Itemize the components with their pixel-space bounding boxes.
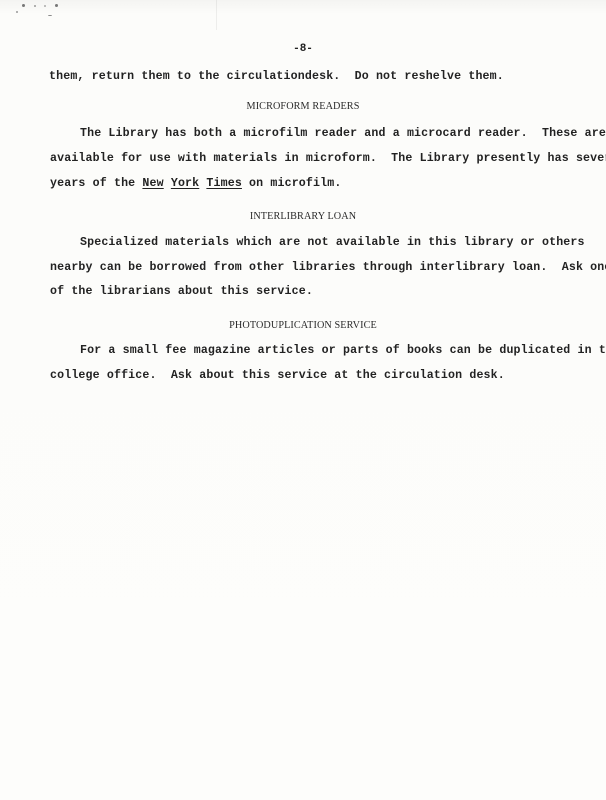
underlined-title-word: New bbox=[142, 177, 163, 190]
paragraph-line: nearby can be borrowed from other librar… bbox=[50, 261, 606, 274]
section-heading-interlibrary-loan: INTERLIBRARY LOAN bbox=[0, 211, 606, 222]
paragraph-line: The Library has both a microfilm reader … bbox=[80, 127, 606, 140]
paper-specks bbox=[14, 2, 64, 20]
page-number: -8- bbox=[0, 43, 606, 55]
paragraph-line: Specialized materials which are not avai… bbox=[80, 236, 585, 249]
section-heading-photoduplication-service: PHOTODUPLICATION SERVICE bbox=[0, 320, 606, 331]
paper-crease bbox=[216, 0, 217, 30]
paragraph-line: For a small fee magazine articles or par… bbox=[80, 344, 606, 357]
document-page: -8- them, return them to the circulation… bbox=[0, 0, 606, 800]
underlined-title-word: Times bbox=[206, 177, 242, 190]
paragraph-line: college office. Ask about this service a… bbox=[50, 369, 505, 382]
paragraph-line: available for use with materials in micr… bbox=[50, 152, 606, 165]
continuation-line: them, return them to the circulationdesk… bbox=[49, 70, 504, 83]
section-heading-microform-readers: MICROFORM READERS bbox=[0, 101, 606, 112]
text-fragment: on microfilm. bbox=[242, 177, 342, 190]
text-fragment: years of the bbox=[50, 177, 142, 190]
underlined-title-word: York bbox=[171, 177, 199, 190]
paragraph-line: of the librarians about this service. bbox=[50, 285, 313, 298]
paragraph-line-with-title: years of the New York Times on microfilm… bbox=[50, 177, 341, 190]
